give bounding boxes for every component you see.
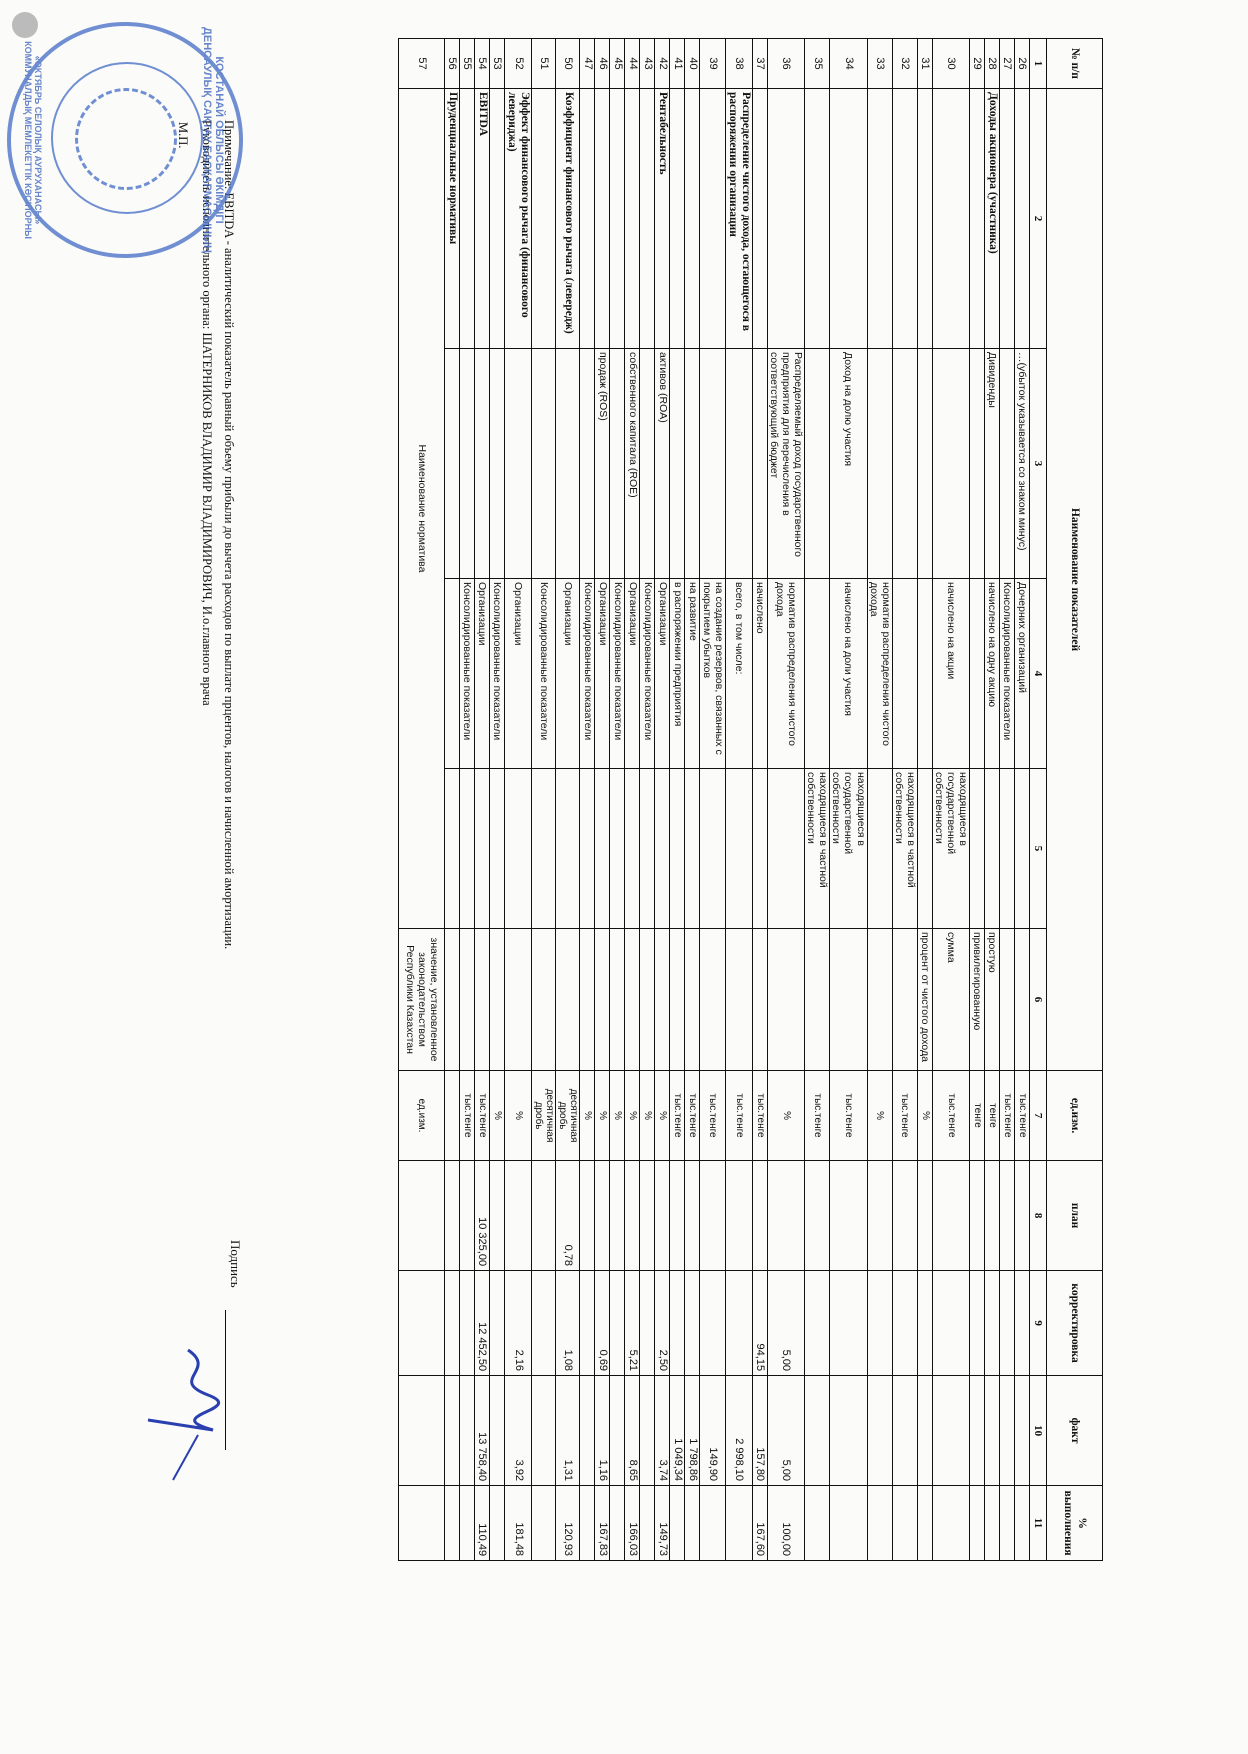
row-section [580,89,595,349]
row-unit: тыс.тенге [830,1071,867,1161]
row-detail [1015,929,1030,1071]
row-unit: % [505,1071,532,1161]
row-ownership: находящиеся в государственной собственно… [932,769,969,929]
row-subindicator: норматив распределения чистого дохода [768,579,805,769]
row-number: 55 [460,39,475,89]
row-indicator: активов (ROA) [655,349,670,579]
row-fact [460,1376,475,1486]
row-ownership [610,769,625,929]
row-unit: десятичная дробь [532,1071,556,1161]
row-fact [490,1376,505,1486]
row-indicator [640,349,655,579]
row-section [805,89,830,349]
row-pct [580,1486,595,1561]
row-ownership [532,769,556,929]
row-unit: % [610,1071,625,1161]
row-number: 37 [753,39,768,89]
row-subindicator: Консолидированные показатели [532,579,556,769]
row-correction: 1,08 [556,1271,580,1376]
row-pct [460,1486,475,1561]
row-indicator [892,349,917,579]
table-row: 33норматив распределения чистого дохода% [867,39,892,1561]
row-unit: тенге [970,1071,985,1161]
row-correction [532,1271,556,1376]
column-index: 6 [1030,929,1047,1071]
row-plan [867,1161,892,1271]
row-plan [892,1161,917,1271]
row-fact [867,1376,892,1486]
row-correction: 94,15 [753,1271,768,1376]
row-plan [1015,1161,1030,1271]
table-row: 28Доходы акционера (участника)Дивидендын… [985,39,1000,1561]
row-detail [595,929,610,1071]
table-row: 54EBITDAОрганизациитыс.тенге10 325,0012 … [475,39,490,1561]
row-ownership [445,769,460,929]
row-plan [768,1161,805,1271]
row-indicator [580,349,595,579]
row-plan [830,1161,867,1271]
row-subindicator: Организации [505,579,532,769]
row-section [532,89,556,349]
row-number: 26 [1015,39,1030,89]
row-correction [445,1271,460,1376]
row-unit: % [917,1071,932,1161]
row-number: 42 [655,39,670,89]
row-fact [1015,1376,1030,1486]
col-header-no: № п/п [1047,39,1103,89]
col-header-fact: факт [1047,1376,1103,1486]
row-number: 34 [830,39,867,89]
row-plan [805,1161,830,1271]
table-body: 26…(убыток указывается со знаком минус)Д… [399,39,1030,1561]
table-row: 56Пруденциальные нормативы [445,39,460,1561]
row-section: Коэффициент финансового рычага (левередж… [556,89,580,349]
row-ownership [556,769,580,929]
row-indicator [610,349,625,579]
row-unit: тыс.тенге [725,1071,752,1161]
row-plan [932,1161,969,1271]
row-fact [985,1376,1000,1486]
row-correction [917,1271,932,1376]
row-pct [805,1486,830,1561]
column-index: 11 [1030,1486,1047,1561]
row-indicator [805,349,830,579]
row-correction [670,1271,685,1376]
row-plan [625,1161,640,1271]
row-fact: 5,00 [768,1376,805,1486]
row-indicator [685,349,700,579]
row-pct: 181,48 [505,1486,532,1561]
row-number: 27 [1000,39,1015,89]
column-index: 4 [1030,579,1047,769]
row-unit: % [490,1071,505,1161]
row-number: 50 [556,39,580,89]
row-section [595,89,610,349]
row-ownership: находящиеся в государственной собственно… [830,769,867,929]
row-ownership [685,769,700,929]
row-plan [685,1161,700,1271]
column-index: 9 [1030,1271,1047,1376]
row-correction [892,1271,917,1376]
row-number: 56 [445,39,460,89]
row-indicator [932,349,969,579]
row-subindicator: Организации [475,579,490,769]
row-subindicator: на развитие [685,579,700,769]
row-subindicator: Консолидированные показатели [460,579,475,769]
col-header-pct: % выполнения [1047,1486,1103,1561]
row-fact: 13 758,40 [475,1376,490,1486]
row-correction [490,1271,505,1376]
row-correction [805,1271,830,1376]
row-section [625,89,640,349]
table-row: 32находящиеся в частной собственноститыс… [892,39,917,1561]
row-correction [970,1271,985,1376]
table-row: 40на развитиетыс.тенге1 798,86 [685,39,700,1561]
row-number: 29 [970,39,985,89]
row-fact [580,1376,595,1486]
row-unit: % [768,1071,805,1161]
table-row: 27Консолидированные показателитыс.тенге [1000,39,1015,1561]
row-ownership [475,769,490,929]
table-row: 43Консолидированные показатели% [640,39,655,1561]
row-detail: процент от чистого дохода [917,929,932,1071]
row-section [932,89,969,349]
row-detail [867,929,892,1071]
row-correction: 5,00 [768,1271,805,1376]
table-row: 55Консолидированные показателитыс.тенге [460,39,475,1561]
row-number: 30 [932,39,969,89]
row-number: 40 [685,39,700,89]
row-detail: простую [985,929,1000,1071]
stamp-inner-text: «ОКТЯБРЬ СЕЛОЛЫҚ АУРУХАНАСЫ» КОММУНАЛДЫҚ… [23,26,43,254]
row-number: 46 [595,39,610,89]
row-detail [556,929,580,1071]
row-indicator: Дивиденды [985,349,1000,579]
row-fact: 149,90 [700,1376,725,1486]
row-indicator [505,349,532,579]
row-ownership [1000,769,1015,929]
row-correction [867,1271,892,1376]
column-index: 2 [1030,89,1047,349]
table-row: 26…(убыток указывается со знаком минус)Д… [1015,39,1030,1561]
norm-unit-header: ед.изм. [399,1071,445,1161]
row-unit: тыс.тенге [700,1071,725,1161]
row-correction [580,1271,595,1376]
row-detail [805,929,830,1071]
row-detail [445,929,460,1071]
row-number: 32 [892,39,917,89]
table-row: 45Консолидированные показатели% [610,39,625,1561]
table-row: 36Распределяемый доход государственного … [768,39,805,1561]
row-section [867,89,892,349]
emblem-icon [75,88,177,190]
row-ownership [970,769,985,929]
row-pct [532,1486,556,1561]
row-ownership [505,769,532,929]
row-pct: 167,83 [595,1486,610,1561]
row-correction [685,1271,700,1376]
table-row: 53Консолидированные показатели% [490,39,505,1561]
row-pct [725,1486,752,1561]
row-pct [685,1486,700,1561]
table-row: 30начислено на акциинаходящиеся в госуда… [932,39,969,1561]
row-plan [700,1161,725,1271]
row-pct [670,1486,685,1561]
row-unit: тыс.тенге [1000,1071,1015,1161]
table-row: 34Доход на долю участияначислено на доли… [830,39,867,1561]
row-plan: 0,78 [556,1161,580,1271]
row-indicator [670,349,685,579]
row-correction: 2,16 [505,1271,532,1376]
row-plan [985,1161,1000,1271]
row-detail [640,929,655,1071]
row-detail [768,929,805,1071]
row-indicator [867,349,892,579]
row-number: 51 [532,39,556,89]
row-subindicator: Консолидированные показатели [1000,579,1015,769]
row-detail [580,929,595,1071]
row-correction [460,1271,475,1376]
row-section: Пруденциальные нормативы [445,89,460,349]
row-unit: тыс.тенге [685,1071,700,1161]
punch-hole-icon [12,12,38,38]
row-plan [532,1161,556,1271]
table-row: 38Распределение чистого дохода, остающег… [725,39,752,1561]
row-fact [830,1376,867,1486]
row-section [685,89,700,349]
row-fact: 1 798,86 [685,1376,700,1486]
row-fact: 157,80 [753,1376,768,1486]
row-indicator [475,349,490,579]
row-plan [970,1161,985,1271]
row-subindicator: начислено [753,579,768,769]
row-detail [892,929,917,1071]
row-subindicator: всего, в том числе: [725,579,752,769]
row-ownership [753,769,768,929]
document-page: № п/п Наименование показателей ед.изм. п… [0,0,1248,1754]
row-unit [445,1071,460,1161]
row-subindicator: Организации [655,579,670,769]
row-pct [1015,1486,1030,1561]
row-number: 28 [985,39,1000,89]
row-unit: тыс.тенге [1015,1071,1030,1161]
row-indicator [970,349,985,579]
stamp-outer-text: КОСТАНАЙ ОБЛЫСЫ ӘКІМДІГІ ДЕНСАУЛЫҚ САҚТА… [201,26,225,254]
table-row: 41в распоряжении предприятиятыс.тенге1 0… [670,39,685,1561]
row-number: 35 [805,39,830,89]
row-section [1015,89,1030,349]
table-row: 31процент от чистого дохода% [917,39,932,1561]
row-detail [753,929,768,1071]
row-subindicator: Организации [625,579,640,769]
row-plan [655,1161,670,1271]
row-correction [830,1271,867,1376]
signature-label: Подпись [227,1240,243,1288]
row-plan [580,1161,595,1271]
table-row: 47Консолидированные показатели% [580,39,595,1561]
row-ownership [1015,769,1030,929]
row-indicator [917,349,932,579]
row-ownership [768,769,805,929]
row-unit: тыс.тенге [460,1071,475,1161]
row-correction [932,1271,969,1376]
col-header-unit: ед.изм. [1047,1071,1103,1161]
row-detail [725,929,752,1071]
row-pct: 100,00 [768,1486,805,1561]
row-unit: тыс.тенге [670,1071,685,1161]
indicators-table: № п/п Наименование показателей ед.изм. п… [398,38,1103,1561]
row-fact: 1,16 [595,1376,610,1486]
row-subindicator: начислено на доли участия [830,579,867,769]
row-number: 39 [700,39,725,89]
row-unit: тыс.тенге [805,1071,830,1161]
row-detail [655,929,670,1071]
row-fact: 8,65 [625,1376,640,1486]
row-section: Распределение чистого дохода, остающегос… [725,89,752,349]
row-fact [932,1376,969,1486]
table-row: 39на создание резервов, связанных с покр… [700,39,725,1561]
row-fact: 1 049,34 [670,1376,685,1486]
row-plan [725,1161,752,1271]
row-indicator: собственного капитала (ROE) [625,349,640,579]
row-fact: 1,31 [556,1376,580,1486]
row-indicator: Доход на долю участия [830,349,867,579]
column-index: 8 [1030,1161,1047,1271]
row-pct [700,1486,725,1561]
row-fact [1000,1376,1015,1486]
row-section [753,89,768,349]
col-header-correction: корректировка [1047,1271,1103,1376]
col-header-plan: план [1047,1161,1103,1271]
row-fact [970,1376,985,1486]
row-detail [475,929,490,1071]
row-subindicator [970,579,985,769]
row-indicator [445,349,460,579]
row-ownership [985,769,1000,929]
row-pct [932,1486,969,1561]
table-row: 44собственного капитала (ROE)Организации… [625,39,640,1561]
row-indicator: продаж (ROS) [595,349,610,579]
row-pct: 120,93 [556,1486,580,1561]
col-header-name: Наименование показателей [1047,89,1103,1071]
row-ownership: находящиеся в частной собственности [805,769,830,929]
norm-plan [399,1161,445,1271]
row-fact [805,1376,830,1486]
row-correction: 0,69 [595,1271,610,1376]
row-detail: привилегированную [970,929,985,1071]
row-section: Эффект финансового рычага (финансового л… [505,89,532,349]
row-pct [640,1486,655,1561]
row-fact [640,1376,655,1486]
table-row: 52Эффект финансового рычага (финансового… [505,39,532,1561]
row-unit: % [595,1071,610,1161]
row-indicator [490,349,505,579]
column-index: 5 [1030,769,1047,929]
row-correction: 5,21 [625,1271,640,1376]
row-section [970,89,985,349]
row-subindicator: на создание резервов, связанных с покрыт… [700,579,725,769]
row-indicator [556,349,580,579]
row-subindicator: Консолидированные показатели [490,579,505,769]
row-unit: десятичная дробь [556,1071,580,1161]
row-subindicator [805,579,830,769]
row-fact [610,1376,625,1486]
row-correction: 2,50 [655,1271,670,1376]
row-number: 38 [725,39,752,89]
row-subindicator: Консолидированные показатели [640,579,655,769]
row-number: 41 [670,39,685,89]
row-detail: сумма [932,929,969,1071]
row-pct [970,1486,985,1561]
row-subindicator [917,579,932,769]
row-unit: % [640,1071,655,1161]
row-section: EBITDA [475,89,490,349]
row-plan [445,1161,460,1271]
row-unit: % [867,1071,892,1161]
norm-name-header: Наименование норматива [399,89,445,929]
row-subindicator: в распоряжении предприятия [670,579,685,769]
row-indicator [460,349,475,579]
row-plan [505,1161,532,1271]
row-pct [490,1486,505,1561]
row-section: Доходы акционера (участника) [985,89,1000,349]
row-indicator: Распределяемый доход государственного пр… [768,349,805,579]
row-plan: 10 325,00 [475,1161,490,1271]
norm-pct [399,1486,445,1561]
row-number: 36 [768,39,805,89]
row-ownership [700,769,725,929]
table-row: 37начисленотыс.тенге94,15157,80167,60 [753,39,768,1561]
row-pct [867,1486,892,1561]
row-number: 43 [640,39,655,89]
row-pct [985,1486,1000,1561]
signature-icon [138,1340,228,1490]
row-section [1000,89,1015,349]
row-subindicator: Дочерних организаций [1015,579,1030,769]
row-ownership [460,769,475,929]
row-fact [532,1376,556,1486]
row-detail [670,929,685,1071]
row-section [460,89,475,349]
row-section [917,89,932,349]
row-pct: 110,49 [475,1486,490,1561]
row-detail [830,929,867,1071]
row-number: 52 [505,39,532,89]
column-index: 7 [1030,1071,1047,1161]
row-unit: тенге [985,1071,1000,1161]
row-fact [917,1376,932,1486]
row-ownership [580,769,595,929]
row-correction [700,1271,725,1376]
row-section: Рентабельность [655,89,670,349]
row-unit: тыс.тенге [932,1071,969,1161]
row-correction: 12 452,50 [475,1271,490,1376]
row-unit: % [655,1071,670,1161]
official-stamp: КОСТАНАЙ ОБЛЫСЫ ӘКІМДІГІ ДЕНСАУЛЫҚ САҚТА… [7,22,243,258]
table-row: 46продаж (ROS)Организации%0,691,16167,83 [595,39,610,1561]
row-indicator [700,349,725,579]
row-detail [610,929,625,1071]
row-correction [725,1271,752,1376]
column-index: 1 [1030,39,1047,89]
row-pct [445,1486,460,1561]
row-detail [625,929,640,1071]
row-subindicator [445,579,460,769]
row-subindicator [892,579,917,769]
row-plan [640,1161,655,1271]
row-fact: 2 998,10 [725,1376,752,1486]
row-ownership [625,769,640,929]
